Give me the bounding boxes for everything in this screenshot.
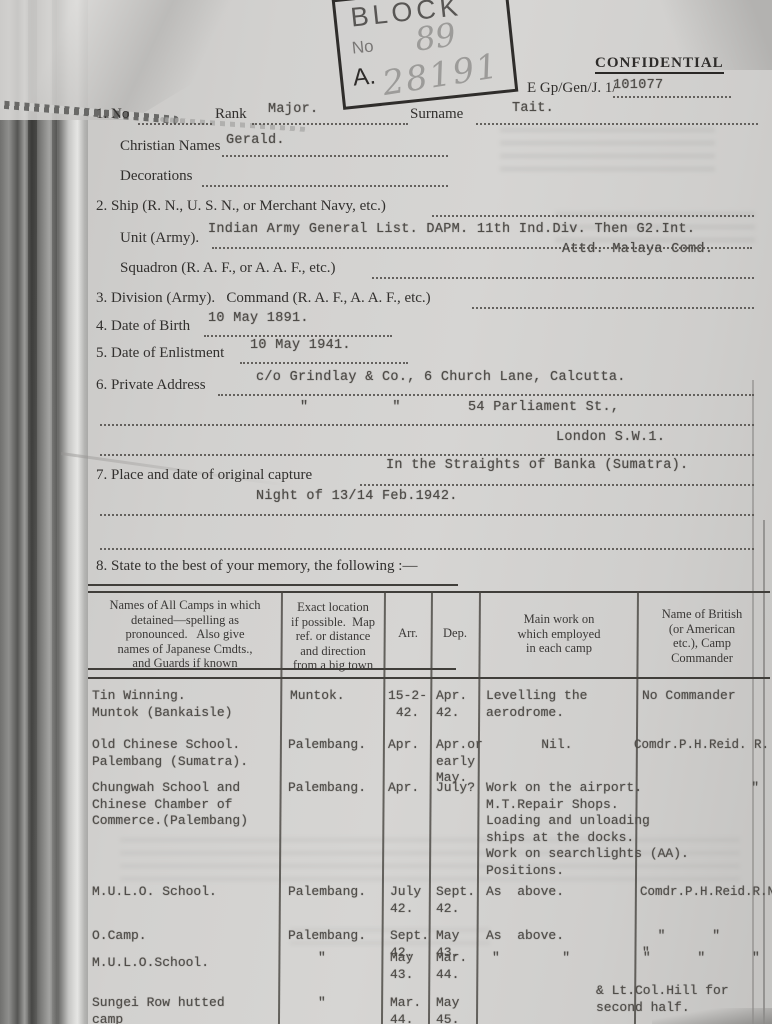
q5-enlistment-label: 5. Date of Enlistment (96, 345, 224, 362)
cell-camps: Tin Winning. Muntok (Bankaisle) (92, 688, 280, 721)
dotted-line (472, 304, 754, 309)
address-value: c/o Grindlay & Co., 6 Church Lane, Calcu… (256, 370, 626, 385)
dotted-line (204, 332, 392, 337)
stamp-letter: A. (352, 62, 377, 92)
table-header-camps: Names of All Camps in which detained—spe… (92, 598, 278, 671)
cell-camps: Old Chinese School. Palembang (Sumatra). (92, 737, 280, 770)
rank-value: Major. (268, 102, 318, 117)
q1-rank-label: Rank (215, 106, 247, 123)
table-header-underline (88, 677, 770, 679)
binding-streak (52, 0, 57, 1024)
dotted-line (218, 391, 754, 396)
cell-location: " (318, 995, 378, 1012)
surname-value: Tait. (512, 101, 554, 116)
q8-memory-label: 8. State to the best of your memory, the… (96, 558, 417, 575)
dotted-line (202, 182, 448, 187)
dotted-line (100, 451, 754, 456)
cell-dep: Apr. 42. (436, 688, 480, 721)
q4-birth-label: 4. Date of Birth (96, 318, 190, 335)
dotted-line (360, 481, 754, 486)
reference-prefix: E Gp/Gen/J. 1/ (527, 80, 617, 97)
decorations-label: Decorations (120, 168, 192, 185)
capture-value: In the Straights of Banka (Sumatra). (386, 458, 688, 473)
dotted-line (252, 120, 408, 125)
address-value-line3: London S.W.1. (556, 430, 665, 445)
cell-camps: Chungwah School and Chinese Chamber of C… (92, 780, 280, 830)
cell-arr: July 42. (390, 884, 434, 917)
table-header-commander: Name of British (or American etc.), Camp… (642, 607, 762, 665)
cell-arr: Apr. (388, 780, 432, 797)
dotted-line (222, 152, 448, 157)
cell-dep: July? (436, 780, 484, 797)
dotted-line (100, 511, 754, 516)
cell-camps: M.U.L.O.School. (92, 955, 280, 972)
q1-surname-label: Surname (410, 106, 463, 123)
cell-work: Nil. (510, 737, 630, 754)
dotted-line (100, 545, 754, 550)
cell-dep: May 45. (436, 995, 484, 1024)
cell-arr: Apr. (388, 737, 432, 754)
table-header-location: Exact location if possible. Map ref. or … (285, 600, 381, 673)
table-column-rule (381, 591, 386, 1024)
cell-camps: M.U.L.O. School. (92, 884, 280, 901)
cell-commander: " (642, 780, 770, 797)
q3-division-label: 3. Division (Army). Command (R. A. F., A… (96, 290, 431, 307)
dotted-line (476, 120, 758, 125)
table-header-work: Main work on which employed in each camp (483, 612, 635, 656)
confidential-marking: CONFIDENTIAL (595, 55, 724, 74)
dotted-line (138, 120, 212, 125)
capture-value-line2: Night of 13/14 Feb.1942. (256, 489, 458, 504)
squadron-label: Squadron (R. A. F., or A. A. F., etc.) (120, 260, 336, 277)
cell-commander: Comdr.P.H.Reid. R. (634, 737, 772, 754)
cell-work: As above. (486, 884, 606, 901)
cell-location: Palembang. (288, 928, 380, 945)
cell-location: Palembang. (288, 884, 380, 901)
cell-location: Palembang. (288, 737, 380, 754)
cell-dep: Mar. 44. (436, 950, 484, 983)
unit-value: Indian Army General List. DAPM. 11th Ind… (208, 222, 695, 237)
birth-value: 10 May 1891. (208, 311, 309, 326)
q6-address-label: 6. Private Address (96, 377, 206, 394)
cell-camps: O.Camp. (92, 928, 280, 945)
table-header-dep: Dep. (433, 626, 477, 641)
ink-bleedthrough (500, 128, 715, 176)
cell-location: Palembang. (288, 780, 380, 797)
dotted-line (372, 274, 754, 279)
cell-arr: May 43. (390, 950, 434, 983)
cell-commander: " " " & Lt.Col.Hill for second half. (596, 950, 772, 1016)
file-binding-edge (0, 0, 88, 1024)
cell-arr: Mar. 44. (390, 995, 434, 1024)
q1-no-label: 1. No (96, 106, 129, 123)
q2-ship-label: 2. Ship (R. N., U. S. N., or Merchant Na… (96, 198, 386, 215)
table-border-top (88, 591, 770, 593)
unit-value-line2: Attd. Malaya Comd. (562, 242, 713, 257)
binding-streak (28, 0, 37, 1024)
reference-number: 101077 (613, 78, 663, 93)
table-header-arr: Arr. (386, 626, 430, 641)
cell-location: " (318, 950, 378, 967)
cell-work: Levelling the aerodrome. (486, 688, 656, 721)
cell-commander: Comdr.P.H.Reid.R.N (640, 884, 772, 901)
q7-capture-label: 7. Place and date of original capture (96, 467, 312, 484)
dotted-line (240, 359, 408, 364)
scanned-pow-questionnaire: BLOCK No A. 89 28191 CONFIDENTIAL E Gp/G… (0, 0, 772, 1024)
cell-arr: 15-2- 42. (388, 688, 432, 721)
stamp-no-label: No (351, 36, 375, 58)
enlistment-value: 10 May 1941. (250, 338, 351, 353)
address-value-line2: " " 54 Parliament St., (300, 400, 619, 415)
cell-camps: Sungei Row hutted camp (92, 995, 280, 1024)
cell-commander: No Commander (642, 688, 770, 705)
unit-label: Unit (Army). (120, 230, 199, 247)
christian-names-value: Gerald. (226, 133, 285, 148)
table-border-top (88, 584, 458, 586)
cell-location: Muntok. (290, 688, 382, 705)
cell-work: As above. (486, 928, 606, 945)
dotted-line (432, 212, 754, 217)
dotted-line (613, 93, 731, 98)
christian-names-label: Christian Names (120, 138, 220, 155)
cell-dep: Sept. 42. (436, 884, 484, 917)
dotted-line (100, 421, 754, 426)
